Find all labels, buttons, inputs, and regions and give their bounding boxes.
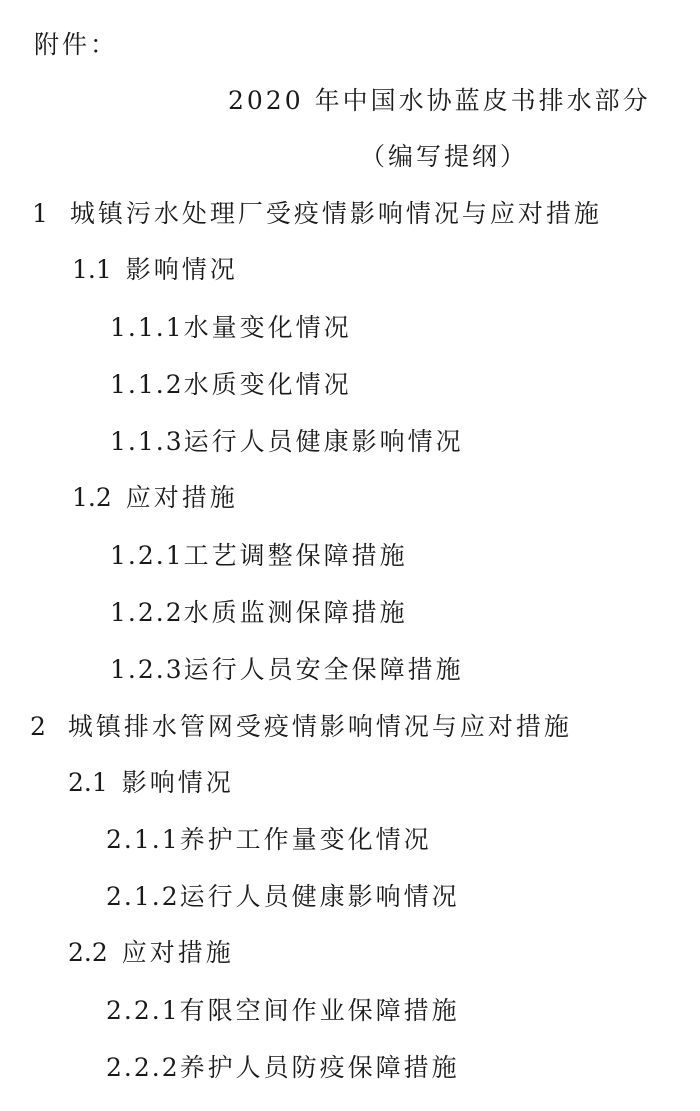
outline-number: 1.2.1: [110, 541, 184, 570]
document-subtitle: （编写提纲）: [360, 142, 528, 172]
outline-text: 运行人员健康影响情况: [184, 427, 464, 456]
outline-text: 影响情况: [126, 255, 238, 284]
outline-item-level3: 1.1.3运行人员健康影响情况: [110, 427, 464, 457]
outline-text: 运行人员健康影响情况: [180, 882, 460, 911]
outline-text: 有限空间作业保障措施: [180, 996, 460, 1025]
outline-item-level3: 1.2.3运行人员安全保障措施: [110, 655, 464, 685]
document-title: 2020 年中国水协蓝皮书排水部分: [228, 86, 651, 116]
outline-text: 运行人员安全保障措施: [184, 655, 464, 684]
outline-number: 2.1: [68, 768, 108, 797]
outline-text: 水量变化情况: [184, 313, 352, 342]
outline-text: 应对措施: [126, 483, 238, 512]
outline-text: 养护工作量变化情况: [180, 825, 432, 854]
outline-item-level2: 1.1影响情况: [72, 255, 238, 285]
outline-item-level2: 2.2应对措施: [68, 938, 234, 968]
outline-text: 水质变化情况: [184, 370, 352, 399]
outline-number: 1.2: [72, 483, 112, 512]
outline-number: 1.2.2: [110, 598, 184, 627]
outline-number: 2.2: [68, 938, 108, 967]
outline-number: 2.2.2: [106, 1053, 180, 1082]
outline-number: 1: [32, 199, 48, 228]
outline-text: 应对措施: [122, 938, 234, 967]
outline-number: 2: [30, 712, 46, 741]
outline-number: 2.1.2: [106, 882, 180, 911]
outline-text: 水质监测保障措施: [184, 598, 408, 627]
outline-item-level3: 1.2.1工艺调整保障措施: [110, 541, 408, 571]
outline-item-level1: 1城镇污水处理厂受疫情影响情况与应对措施: [32, 199, 602, 229]
outline-text: 工艺调整保障措施: [184, 541, 408, 570]
outline-text: 影响情况: [122, 768, 234, 797]
outline-text: 养护人员防疫保障措施: [180, 1053, 460, 1082]
outline-item-level2: 2.1影响情况: [68, 768, 234, 798]
outline-item-level3: 2.1.1养护工作量变化情况: [106, 825, 432, 855]
outline-item-level3: 2.2.2养护人员防疫保障措施: [106, 1053, 460, 1083]
attachment-label: 附件：: [34, 30, 118, 60]
outline-item-level3: 2.2.1有限空间作业保障措施: [106, 996, 460, 1026]
outline-number: 1.2.3: [110, 655, 184, 684]
outline-item-level3: 1.2.2水质监测保障措施: [110, 598, 408, 628]
outline-number: 1.1: [72, 255, 112, 284]
outline-number: 1.1.3: [110, 427, 184, 456]
outline-item-level3: 1.1.2水质变化情况: [110, 370, 352, 400]
outline-number: 1.1.1: [110, 313, 184, 342]
outline-item-level1: 2城镇排水管网受疫情影响情况与应对措施: [30, 712, 572, 742]
outline-item-level3: 1.1.1水量变化情况: [110, 313, 352, 343]
outline-item-level2: 1.2应对措施: [72, 483, 238, 513]
outline-item-level3: 2.1.2运行人员健康影响情况: [106, 882, 460, 912]
outline-text: 城镇污水处理厂受疫情影响情况与应对措施: [70, 199, 602, 228]
outline-number: 2.1.1: [106, 825, 180, 854]
outline-number: 1.1.2: [110, 370, 184, 399]
outline-number: 2.2.1: [106, 996, 180, 1025]
outline-text: 城镇排水管网受疫情影响情况与应对措施: [68, 712, 572, 741]
